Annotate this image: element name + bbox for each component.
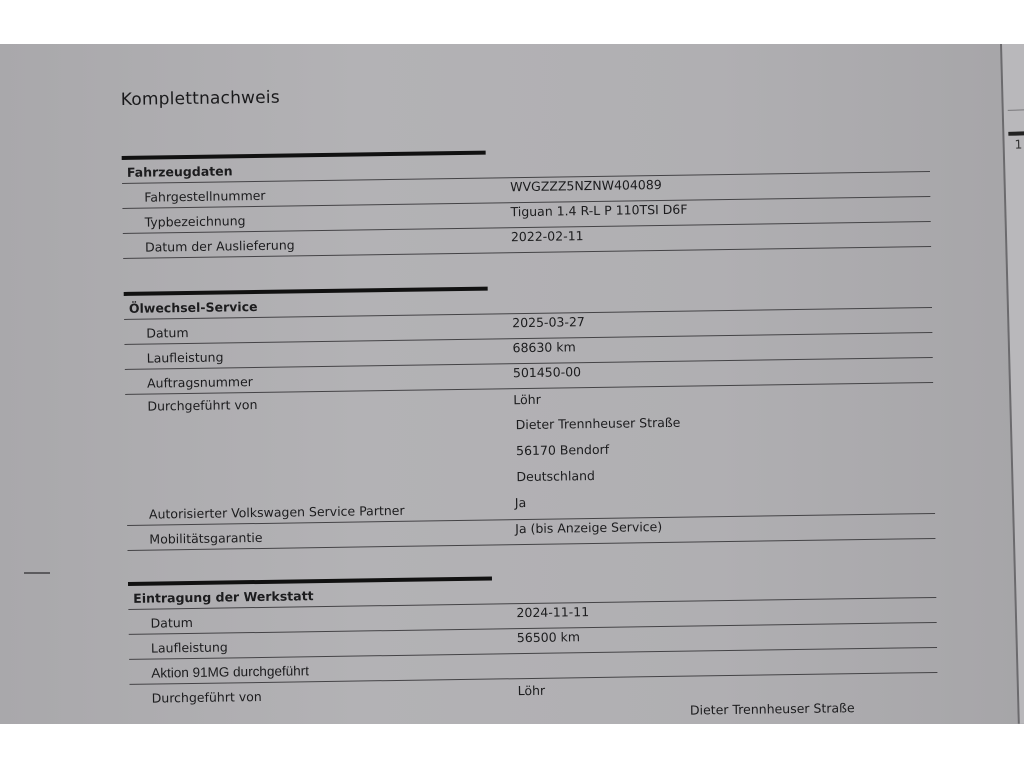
document-title: Komplettnachweis: [121, 88, 280, 110]
row-label: Durchgeführt von: [152, 689, 262, 706]
address-street: Dieter Trennheuser Straße: [516, 415, 681, 432]
row-label: Durchgeführt von: [147, 397, 257, 414]
document-photo: 1 Komplettnachweis Fahrzeugdaten Fahrges…: [0, 44, 1024, 724]
stray-pen-mark: [24, 572, 50, 574]
section-heading: Eintragung der Werkstatt: [133, 588, 314, 606]
adjacent-sheet-bar: [1008, 131, 1024, 136]
row-value: 2025-03-27: [512, 314, 585, 330]
section-vehicle-data: Fahrzeugdaten Fahrgestellnummer WVGZZZ5N…: [122, 144, 931, 259]
row-value: 56500 km: [517, 629, 580, 645]
row-label: Autorisierter Volkswagen Service Partner: [149, 503, 405, 522]
row-label: Fahrgestellnummer: [144, 188, 265, 205]
row-value: Löhr: [518, 683, 546, 698]
row-label: Typbezeichnung: [145, 213, 246, 229]
address-country: Deutschland: [516, 468, 595, 484]
adjacent-sheet-edge: 1: [1000, 44, 1024, 724]
row-label: Laufleistung: [151, 639, 228, 655]
row-label: Mobilitätsgarantie: [149, 530, 262, 547]
row-value: Löhr: [513, 392, 541, 407]
row-value: Ja (bis Anzeige Service): [515, 519, 662, 536]
section-oil-change-service: Ölwechsel-Service Datum 2025-03-27 Laufl…: [124, 280, 936, 551]
row-label: Auftragsnummer: [147, 374, 253, 391]
address-street: Dieter Trennheuser Straße: [690, 700, 855, 717]
row-value: WVGZZZ5NZNW404089: [510, 177, 662, 194]
row-value: 501450-00: [513, 364, 581, 380]
adjacent-sheet-text: 1: [1014, 137, 1022, 151]
section-workshop-entry: Eintragung der Werkstatt Datum 2024-11-1…: [128, 570, 938, 724]
row-value: 2024-11-11: [516, 604, 589, 620]
row-label: Datum der Auslieferung: [145, 237, 295, 254]
row-label: Laufleistung: [147, 350, 224, 366]
row-value: 2022-02-11: [511, 228, 584, 244]
section-heading: Ölwechsel-Service: [129, 299, 258, 316]
address-city: 56170 Bendorf: [516, 442, 609, 458]
row-label: Datum: [146, 325, 189, 341]
row-label: Datum: [150, 615, 193, 631]
adjacent-sheet-rule: [1008, 109, 1024, 111]
row-value: Ja: [515, 495, 527, 510]
row-value: Tiguan 1.4 R-L P 110TSI D6F: [510, 202, 687, 220]
row-value: 68630 km: [512, 339, 575, 355]
table-row-performed-by: Durchgeführt von Löhr Dieter Trennheuser…: [125, 383, 934, 499]
section-heading: Fahrzeugdaten: [127, 163, 233, 180]
row-label: Aktion 91MG durchgeführt: [151, 663, 309, 680]
